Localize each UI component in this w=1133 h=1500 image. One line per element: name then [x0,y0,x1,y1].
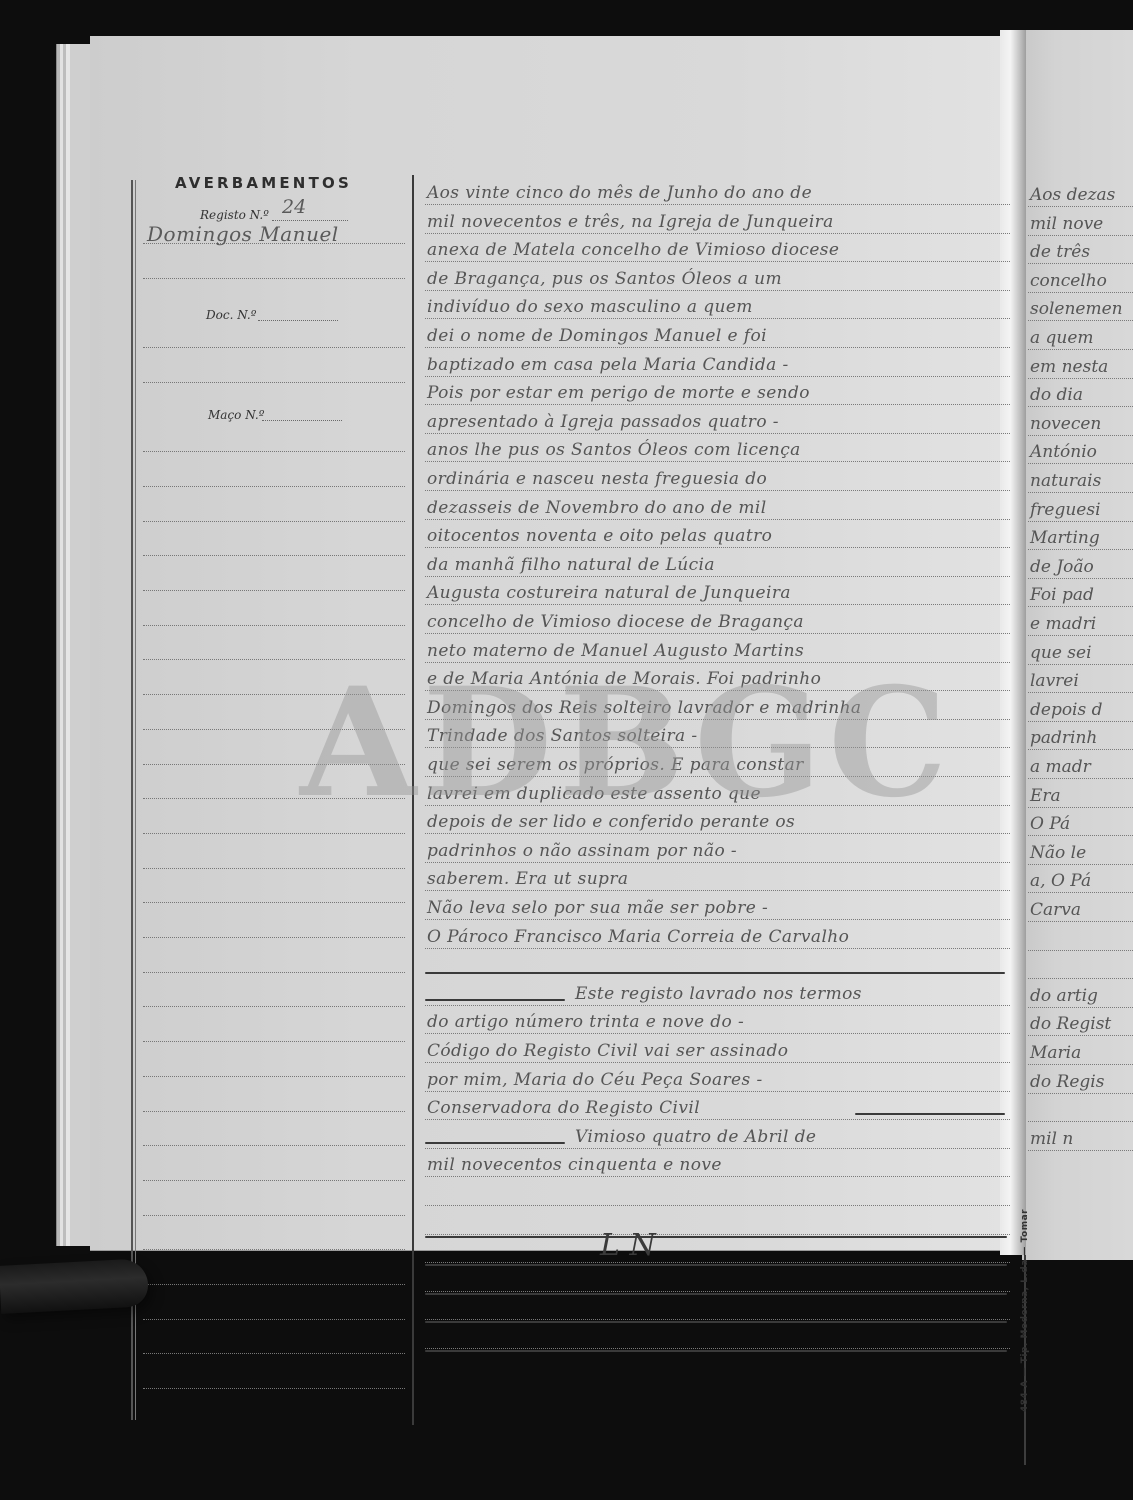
right-page-line: do dia [1028,378,1133,407]
ruled-line [143,1145,405,1146]
handwritten-text: concelho [1030,271,1107,291]
handwritten-text: mil nove [1030,214,1103,234]
ruled-line [143,555,405,556]
handwritten-text: O Pá [1030,814,1070,834]
handwritten-text: do Regis [1030,1072,1104,1092]
handwritten-text: Domingos dos Reis solteiro lavrador e ma… [427,698,861,718]
handwritten-text: padrinh [1030,728,1097,748]
handwritten-line: de Bragança, pus os Santos Óleos a um [425,262,1010,291]
handwritten-text: e madri [1030,614,1096,634]
handwritten-text: por mim, Maria do Céu Peça Soares - [427,1070,763,1090]
registo-number: 24 [282,196,306,218]
handwritten-line: Pois por estar em perigo de morte e send… [425,376,1010,405]
handwritten-line: Aos vinte cinco do mês de Junho do ano d… [425,176,1010,205]
right-page-line: e madri [1028,607,1133,636]
handwritten-text: saberem. Era ut supra [427,869,628,889]
handwritten-line: dezasseis de Novembro do ano de mil [425,491,1010,520]
handwritten-text: Marting [1030,528,1100,548]
ruled-line [143,1319,405,1320]
handwritten-line: Código do Registo Civil vai ser assinado [425,1034,1010,1063]
handwritten-line: apresentado à Igreja passados quatro - [425,405,1010,434]
registo-label: Registo N.º [200,208,269,222]
right-page-line: O Pá [1028,807,1133,836]
ruled-line [143,590,405,591]
handwritten-text: solenemen [1030,299,1123,319]
handwritten-text: do dia [1030,385,1083,405]
right-page-line: a quem [1028,321,1133,350]
right-page-line: Maria [1028,1036,1133,1065]
handwritten-text: Era [1030,786,1061,806]
handwritten-text: baptizado em casa pela Maria Candida - [427,355,789,375]
handwritten-line: Trindade dos Santos solteira - [425,719,1010,748]
left-column-rule [131,180,133,1420]
handwritten-text: Trindade dos Santos solteira - [427,726,698,746]
handwritten-text: que sei serem os próprios. E para consta… [427,755,804,775]
ruled-line [143,521,405,522]
handwritten-text: indivíduo do sexo masculino a quem [427,297,753,317]
right-page-line: depois d [1028,693,1133,722]
ruled-line [143,868,405,869]
handwritten-text: dei o nome de Domingos Manuel e foi [427,326,767,346]
right-page-line [1028,922,1133,951]
handwritten-text: Foi pad [1030,585,1094,605]
ruled-line [143,1076,405,1077]
ruled-line [143,833,405,834]
handwritten-text: dezasseis de Novembro do ano de mil [427,498,767,518]
ruled-line [143,659,405,660]
ink-closing-rule [425,972,1005,974]
doc-label: Doc. N.º [206,308,256,322]
handwritten-text: depois de ser lido e conferido perante o… [427,812,795,832]
handwritten-text: e de Maria Antónia de Morais. Foi padrin… [427,669,821,689]
handwritten-text: freguesi [1030,500,1101,520]
handwritten-text: lavrei [1030,671,1079,691]
handwritten-line: e de Maria Antónia de Morais. Foi padrin… [425,662,1010,691]
right-page-line: do artig [1028,979,1133,1008]
right-page-line [1028,950,1133,979]
right-page-line: freguesi [1028,493,1133,522]
right-page-line: de João [1028,550,1133,579]
signature: L N [600,1228,656,1263]
right-page-line: padrinh [1028,721,1133,750]
handwritten-text: ordinária e nasceu nesta freguesia do [427,469,767,489]
right-page-line: de três [1028,235,1133,264]
ruled-line [143,972,405,973]
right-page-line: a, O Pá [1028,864,1133,893]
handwritten-text: Código do Registo Civil vai ser assinado [427,1041,788,1061]
right-page-line: em nesta [1028,350,1133,379]
handwritten-text: do artig [1030,986,1098,1006]
handwritten-text: O Pároco Francisco Maria Correia de Carv… [427,927,849,947]
handwritten-line: mil novecentos e três, na Igreja de Junq… [425,205,1010,234]
right-page-line: lavrei [1028,664,1133,693]
ruled-line [143,694,405,695]
handwritten-line: dei o nome de Domingos Manuel e foi [425,319,1010,348]
ruled-line [143,347,405,348]
right-page-line: Aos dezas [1028,178,1133,207]
handwritten-text: que sei [1030,643,1092,663]
ruled-line [143,1249,405,1250]
right-page-text: Aos dezasmil novede trêsconcelhosoleneme… [1028,0,1133,1500]
right-page-line: Era [1028,779,1133,808]
handwritten-text: naturais [1030,471,1101,491]
ruled-line [143,278,405,279]
right-page-line: novecen [1028,407,1133,436]
empty-ruled-line [425,1206,1010,1235]
handwritten-text: António [1030,442,1097,462]
handwritten-text: padrinhos o não assinam por não - [427,841,737,861]
handwritten-text: neto materno de Manuel Augusto Martins [427,641,804,661]
column-divider [412,175,414,1425]
handwritten-text: Este registo lavrado nos termos [575,984,862,1004]
handwritten-text: Conservadora do Registo Civil [427,1098,700,1118]
right-page-line [1028,1093,1133,1122]
handwritten-text: Augusta costureira natural de Junqueira [427,583,791,603]
section-title: AVERBAMENTOS [175,174,352,192]
right-page-line: mil nove [1028,207,1133,236]
ruled-line [143,451,405,452]
handwritten-line: oitocentos noventa e oito pelas quatro [425,519,1010,548]
handwritten-line: baptizado em casa pela Maria Candida - [425,348,1010,377]
handwritten-text: a, O Pá [1030,871,1091,891]
handwritten-text: concelho de Vimioso diocese de Bragança [427,612,804,632]
ruled-line [143,1111,405,1112]
handwritten-line: lavrei em duplicado este assento que [425,777,1010,806]
handwritten-line: anexa de Matela concelho de Vimioso dioc… [425,233,1010,262]
right-page-line: Não le [1028,836,1133,865]
handwritten-text: oitocentos noventa e oito pelas quatro [427,526,772,546]
maco-dots [262,420,342,421]
handwritten-text: Pois por estar em perigo de morte e send… [427,383,810,403]
handwritten-text: mil novecentos cinquenta e nove [427,1155,722,1175]
handwritten-line: concelho de Vimioso diocese de Bragança [425,605,1010,634]
right-page-line: Marting [1028,521,1133,550]
handwritten-line: Não leva selo por sua mãe ser pobre - [425,891,1010,920]
thumb-holding-page [0,1258,149,1314]
ruled-line [143,486,405,487]
ruled-line [143,1215,405,1216]
handwritten-text: depois d [1030,700,1103,720]
handwritten-line: anos lhe pus os Santos Óleos com licença [425,433,1010,462]
right-page-line: Carva [1028,893,1133,922]
ruled-line [143,1180,405,1181]
ruled-line [143,937,405,938]
handwritten-line: mil novecentos cinquenta e nove [425,1148,1010,1177]
handwritten-text: em nesta [1030,357,1108,377]
handwritten-line: Domingos dos Reis solteiro lavrador e ma… [425,691,1010,720]
handwritten-text: anexa de Matela concelho de Vimioso dioc… [427,240,839,260]
right-page-line: mil n [1028,1122,1133,1151]
handwritten-text: de Bragança, pus os Santos Óleos a um [427,269,782,289]
ruled-line [143,1388,405,1389]
ruled-line [143,1353,405,1354]
cancellation-stroke [425,1350,1007,1352]
handwritten-line: saberem. Era ut supra [425,862,1010,891]
ink-trailing-stroke [855,1113,1005,1115]
ruled-line [143,764,405,765]
handwritten-text: apresentado à Igreja passados quatro - [427,412,779,432]
doc-dots [258,320,338,321]
ruled-line [143,382,405,383]
ink-lead-stroke [425,1142,565,1144]
ruled-line [143,798,405,799]
ruled-line [143,902,405,903]
empty-ruled-line [425,1291,1010,1320]
handwritten-line: neto materno de Manuel Augusto Martins [425,634,1010,663]
right-page-line: do Regis [1028,1065,1133,1094]
handwritten-text: Não leva selo por sua mãe ser pobre - [427,898,768,918]
maco-label: Maço N.º [208,408,264,422]
handwritten-text: Aos vinte cinco do mês de Junho do ano d… [427,183,812,203]
registo-dots [272,220,348,221]
handwritten-text: a madr [1030,757,1091,777]
ruled-line [143,729,405,730]
ruled-line [143,1006,405,1007]
handwritten-text: Maria [1030,1043,1081,1063]
handwritten-line: Conservadora do Registo Civil [425,1091,1010,1120]
handwritten-text: a quem [1030,328,1094,348]
handwritten-text: mil novecentos e três, na Igreja de Junq… [427,212,834,232]
right-page-line: solenemen [1028,292,1133,321]
handwritten-line: da manhã filho natural de Lúcia [425,548,1010,577]
handwritten-line: por mim, Maria do Céu Peça Soares - [425,1063,1010,1092]
handwritten-line: Augusta costureira natural de Junqueira [425,576,1010,605]
handwritten-line: O Pároco Francisco Maria Correia de Carv… [425,920,1010,949]
handwritten-text: de três [1030,242,1090,262]
handwritten-text: Aos dezas [1030,185,1115,205]
handwritten-line: padrinhos o não assinam por não - [425,834,1010,863]
handwritten-text: Carva [1030,900,1081,920]
handwritten-line: depois de ser lido e conferido perante o… [425,805,1010,834]
handwritten-line: ordinária e nasceu nesta freguesia do [425,462,1010,491]
handwritten-line: que sei serem os próprios. E para consta… [425,748,1010,777]
left-column-rule-inner [135,180,136,1420]
ruled-line [143,243,405,244]
right-page-line: naturais [1028,464,1133,493]
ruled-line [143,625,405,626]
empty-ruled-line [425,1177,1010,1206]
right-page-line: Foi pad [1028,578,1133,607]
handwritten-text: de João [1030,557,1094,577]
handwritten-text: Vimioso quatro de Abril de [575,1127,816,1147]
empty-ruled-line [425,1263,1010,1292]
empty-ruled-line [425,1234,1010,1263]
ruled-line [143,1041,405,1042]
ruled-line [143,1284,405,1285]
right-page-line: António [1028,435,1133,464]
right-page-line: do Regist [1028,1007,1133,1036]
handwritten-text: anos lhe pus os Santos Óleos com licença [427,440,801,460]
handwritten-line: Vimioso quatro de Abril de [425,1120,1010,1149]
handwritten-line: do artigo número trinta e nove do - [425,1005,1010,1034]
handwritten-text: novecen [1030,414,1101,434]
handwritten-text: do artigo número trinta e nove do - [427,1012,744,1032]
handwritten-line: indivíduo do sexo masculino a quem [425,290,1010,319]
handwritten-line: Este registo lavrado nos termos [425,977,1010,1006]
handwritten-text: lavrei em duplicado este assento que [427,784,761,804]
handwritten-text: Não le [1030,843,1086,863]
handwritten-text: do Regist [1030,1014,1111,1034]
empty-ruled-line [425,1320,1010,1349]
handwritten-text: da manhã filho natural de Lúcia [427,555,715,575]
handwritten-text: mil n [1030,1129,1073,1149]
right-page-line: a madr [1028,750,1133,779]
right-page-line: concelho [1028,264,1133,293]
right-page-line: que sei [1028,636,1133,665]
ink-lead-stroke [425,999,565,1001]
